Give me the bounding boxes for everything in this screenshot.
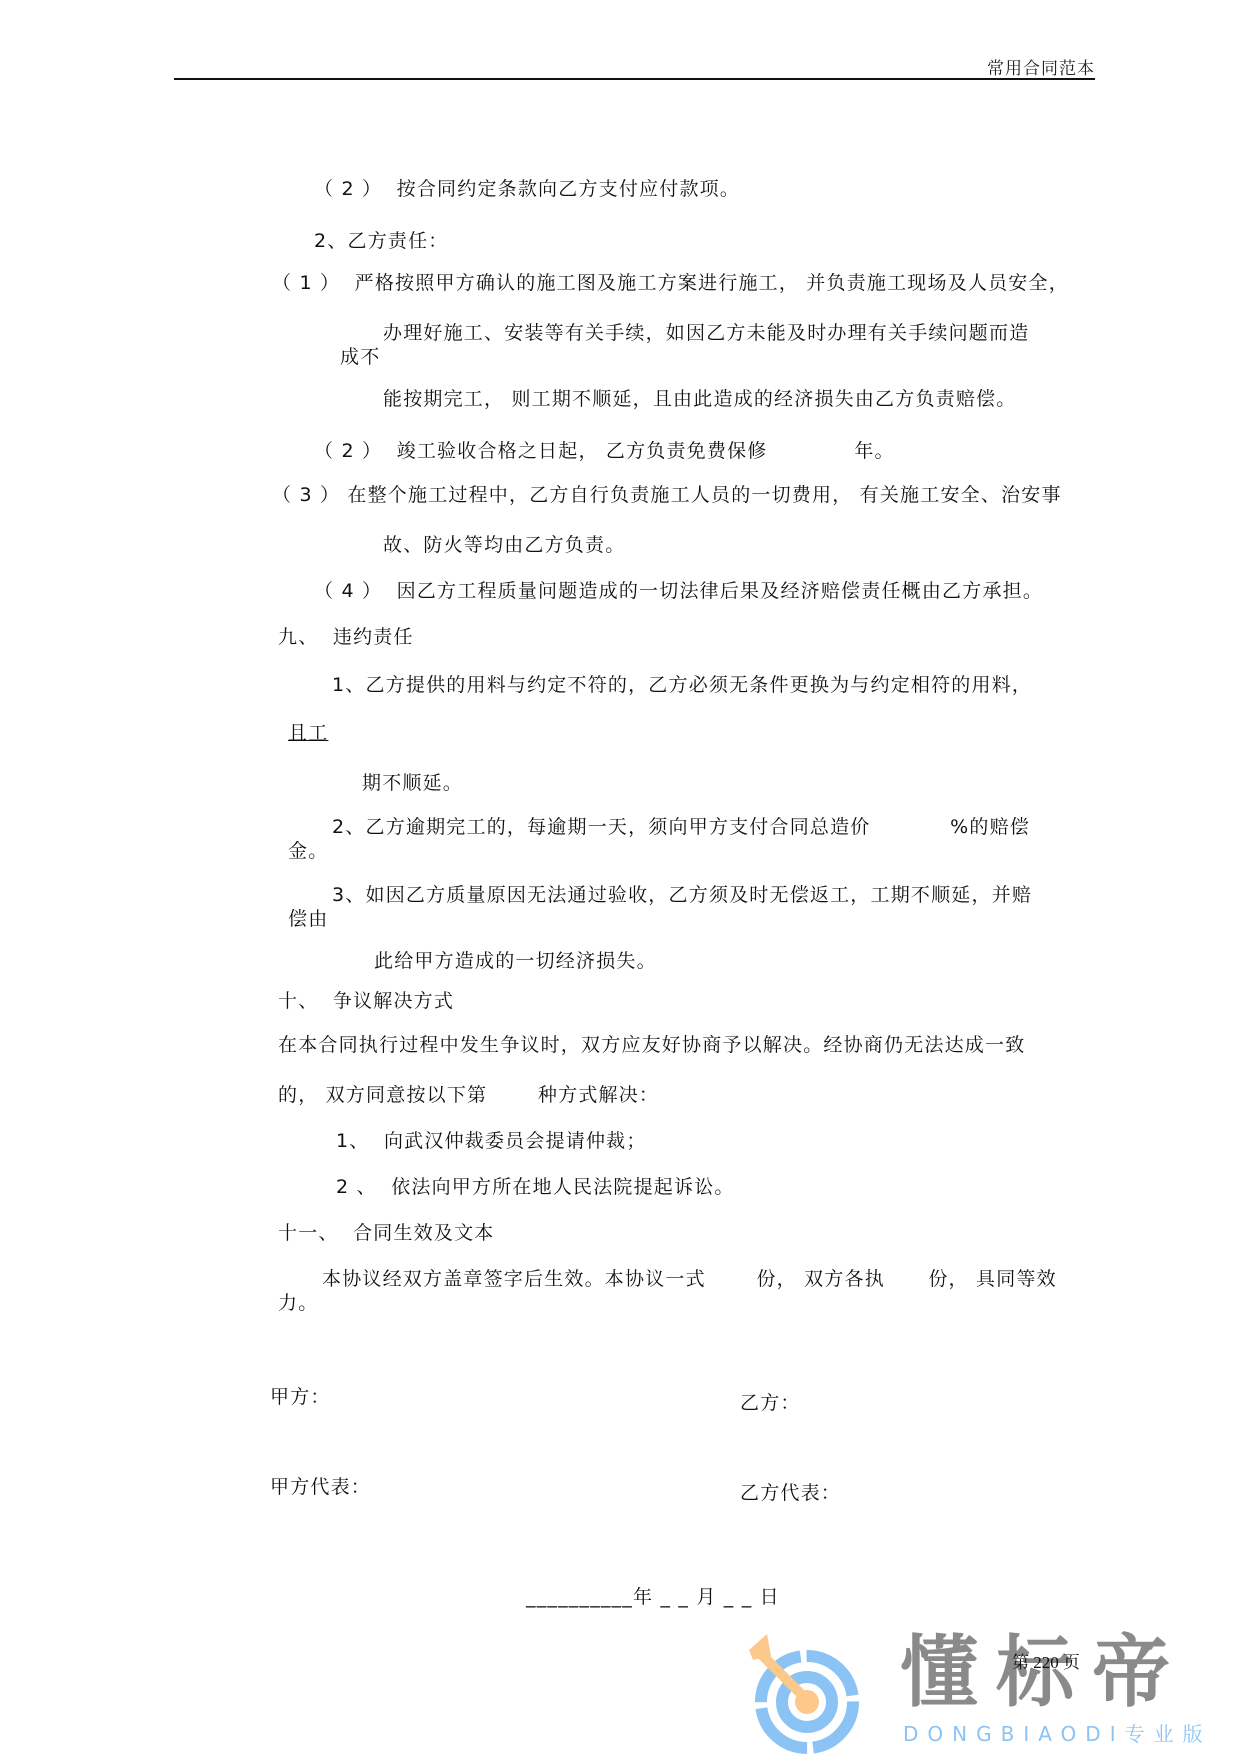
signing-date-line: __________年 _ _ 月 _ _ 日: [526, 1582, 780, 1609]
clause-a2: （ 2 ） 按合同约定条款向乙方支付应付款项。: [314, 174, 740, 201]
clause-10-option-2: 2 、 依法向甲方所在地人民法院提起诉讼。: [336, 1172, 735, 1199]
section-11-title: 十一、 合同生效及文本: [278, 1218, 494, 1245]
section-9-title: 九、 违约责任: [278, 622, 414, 649]
watermark-subtitle: DONGBIAODI专业版: [903, 1724, 1212, 1744]
clause-b1-cont1: 办理好施工、安装等有关手续，如因乙方未能及时办理有关手续问题而造: [383, 318, 1029, 345]
section-10-title: 十、 争议解决方式: [278, 986, 454, 1013]
party-a-rep-label: 甲方代表：: [270, 1472, 371, 1499]
clause-9-2-wrap: 金。: [288, 836, 328, 863]
section-b-heading: 2、乙方责任：: [314, 226, 449, 253]
party-b-label: 乙方：: [740, 1388, 801, 1415]
clause-b2: （ 2 ） 竣工验收合格之日起， 乙方负责免费保修 年。: [314, 436, 895, 463]
clause-9-2: 2、乙方逾期完工的，每逾期一天，须向甲方支付合同总造价 %的赔偿: [332, 812, 1030, 839]
party-a-label: 甲方：: [270, 1382, 331, 1409]
clause-11-text-wrap: 力。: [278, 1288, 318, 1315]
clause-9-3: 3、如因乙方质量原因无法通过验收，乙方须及时无偿返工，工期不顺延，并赔: [332, 880, 1032, 907]
clause-11-text: 本协议经双方盖章签字后生效。本协议一式 份， 双方各执 份， 具同等效: [322, 1264, 1057, 1291]
clause-9-3-cont: 此给甲方造成的一切经济损失。: [374, 946, 657, 973]
page-number: 第 220 页: [1012, 1648, 1080, 1673]
clause-b3-cont: 故、防火等均由乙方负责。: [383, 530, 625, 557]
clause-9-1: 1、乙方提供的用料与约定不符的，乙方必须无条件更换为与约定相符的用料，: [332, 670, 1032, 697]
clause-b1-cont2: 能按期完工， 则工期不顺延，且由此造成的经济损失由乙方负责赔偿。: [383, 384, 1016, 411]
party-b-rep-label: 乙方代表：: [740, 1478, 841, 1505]
clause-9-1-cont: 期不顺延。: [362, 768, 463, 795]
document-page: 常用合同范本 （ 2 ） 按合同约定条款向乙方支付应付款项。 2、乙方责任： （…: [0, 0, 1241, 1754]
clause-10-text-cont: 的， 双方同意按以下第 种方式解决：: [278, 1080, 659, 1107]
clause-9-1-wrap: 且工: [288, 718, 328, 745]
watermark-brand: 懂标帝: [900, 1634, 1188, 1712]
header-rule: [174, 78, 1095, 80]
clause-b1: （ 1 ） 严格按照甲方确认的施工图及施工方案进行施工， 并负责施工现场及人员安…: [272, 268, 1069, 295]
clause-9-3-wrap: 偿由: [288, 904, 328, 931]
watermark: 懂标帝 DONGBIAODI专业版: [745, 1630, 1241, 1754]
clause-10-text: 在本合同执行过程中发生争议时，双方应友好协商予以解决。经协商仍无法达成一致: [278, 1030, 1025, 1057]
clause-b3: （ 3 ） 在整个施工过程中，乙方自行负责施工人员的一切费用， 有关施工安全、治…: [272, 480, 1062, 507]
header-title: 常用合同范本: [987, 54, 1095, 79]
clause-b1-cont1-wrap: 成不: [340, 342, 380, 369]
target-arrow-icon: [745, 1630, 869, 1754]
clause-b4: （ 4 ） 因乙方工程质量问题造成的一切法律后果及经济赔偿责任概由乙方承担。: [314, 576, 1043, 603]
clause-10-option-1: 1、 向武汉仲裁委员会提请仲裁；: [336, 1126, 647, 1153]
